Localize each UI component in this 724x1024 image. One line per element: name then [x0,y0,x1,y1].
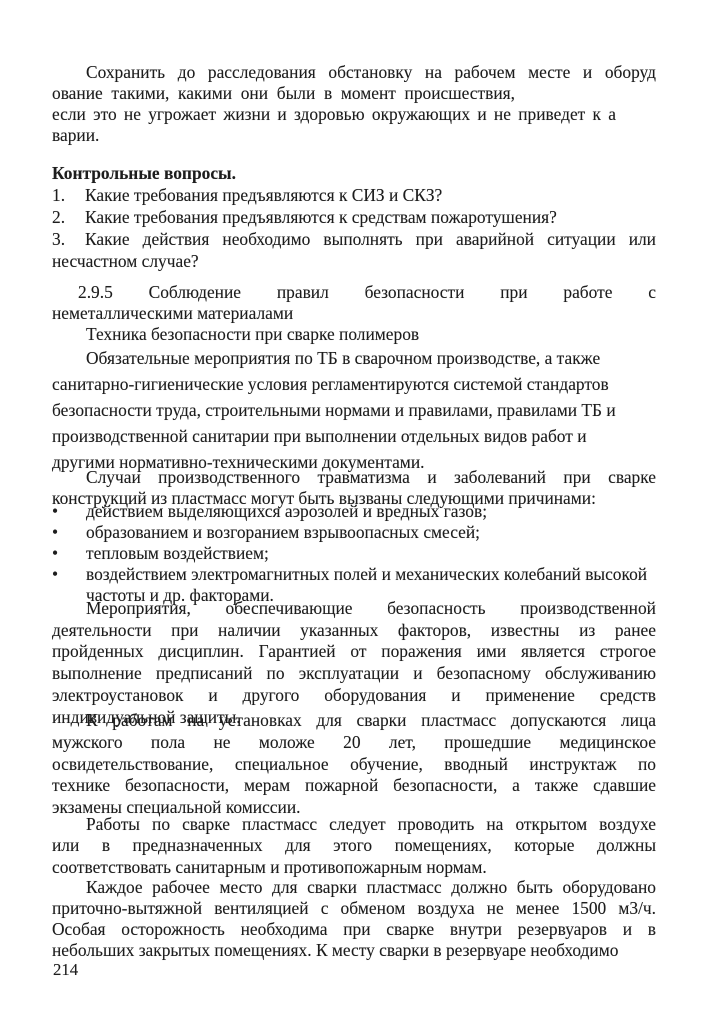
list-item: 1.Какие требования предъявляются к СИЗ и… [52,184,656,206]
text-line: технике безопасности, мерам пожарной без… [52,775,656,797]
list-item-number: 1. [52,184,85,206]
text-line: К работам на установках для сварки пласт… [52,710,656,732]
list-item-continuation: несчастном случае? [52,250,656,272]
text-line: электроустановок и другого оборудования … [52,685,656,707]
list-item: 3.Какие действия необходимо выполнять пр… [52,228,656,250]
text-line: приточно-вытяжной вентиляцией с обменом … [52,898,656,919]
page-number: 214 [53,960,78,980]
text-line: деятельности при наличии указанных факто… [52,620,656,642]
text-line: или в предназначенных для этого помещени… [52,835,656,857]
paragraph-worker-requirements: К работам на установках для сварки пласт… [52,710,656,819]
list-item-text: Какие требования предъявляются к СИЗ и С… [85,185,442,205]
text-line: Каждое рабочее место для сварки пластмас… [52,877,656,898]
text-line: освидетельствование, специальное обучени… [52,754,656,776]
text-line: санитарно-гигиенические условия регламен… [52,371,656,397]
paragraph-workplace-ventilation: Каждое рабочее место для сварки пластмас… [52,877,656,961]
section-heading-2-9-5: 2.9.5 Соблюдение правил безопасности при… [52,282,656,324]
text-line: Работы по сварке пластмасс следует прово… [52,814,656,836]
text-line: производственной санитарии при выполнени… [52,423,656,449]
list-item: 2.Какие требования предъявляются к средс… [52,206,656,228]
bullet-marker: • [52,543,86,564]
text-line: неметаллическими материалами [52,303,656,324]
paragraph-safety-measures: Мероприятия, обеспечивающие безопасность… [52,598,656,728]
causes-bullet-list: •действием выделяющихся аэрозолей и вред… [52,501,656,606]
list-item: •образованием и возгоранием взрывоопасны… [52,522,656,543]
text-line: пройденных дисциплин. Гарантией от пораж… [52,641,656,663]
paragraph-preserve-situation: Сохранить до расследования обстановку на… [52,62,656,146]
bullet-marker: • [52,501,86,522]
text-line: выполнение предписаний по эксплуатации и… [52,663,656,685]
list-item: •тепловым воздействием; [52,543,656,564]
bullet-marker: • [52,522,86,543]
paragraph-work-location: Работы по сварке пластмасс следует прово… [52,814,656,879]
page-content: Сохранить до расследования обстановку на… [52,62,656,961]
bullet-marker: • [52,564,86,585]
text-line: соответствовать санитарным и противопожа… [52,857,656,879]
control-questions-list: 1.Какие требования предъявляются к СИЗ и… [52,184,656,272]
text-line: ование такими, какими они были в момент … [52,83,515,104]
text-line: 2.9.5 Соблюдение правил безопасности при… [52,282,656,303]
text-line: Обязательные мероприятия по ТБ в сварочн… [52,345,656,371]
text-line: Случаи производственного травматизма и з… [52,467,656,488]
control-questions-heading: Контрольные вопросы. [52,163,656,184]
text-line: Сохранить до расследования обстановку на… [52,62,656,83]
list-item-number: 2. [52,206,85,228]
text-line: мужского пола не моложе 20 лет, прошедши… [52,732,656,754]
list-item-text: Какие действия необходимо выполнять при … [85,229,656,249]
text-line: безопасности труда, строительными нормам… [52,397,656,423]
document-page: { "page": { "number": "214", "background… [0,0,724,1024]
list-item-text: тепловым воздействием; [86,543,269,563]
text-line: если это не угрожает жизни и здоровью ок… [52,104,616,125]
list-item-text: образованием и возгоранием взрывоопасных… [86,522,480,542]
text-line: варии. [52,125,656,146]
list-item-text: действием выделяющихся аэрозолей и вредн… [86,501,487,521]
paragraph-mandatory-measures: Обязательные мероприятия по ТБ в сварочн… [52,345,656,475]
text-line: Мероприятия, обеспечивающие безопасность… [52,598,656,620]
paragraph-technika-subheading: Техника безопасности при сварке полимеро… [52,324,656,345]
list-item-text: Какие требования предъявляются к средств… [85,207,557,227]
text-line: Особая осторожность необходима при сварк… [52,919,656,940]
text-line: небольших закрытых помещениях. К месту с… [52,940,656,961]
list-item-number: 3. [52,228,85,250]
